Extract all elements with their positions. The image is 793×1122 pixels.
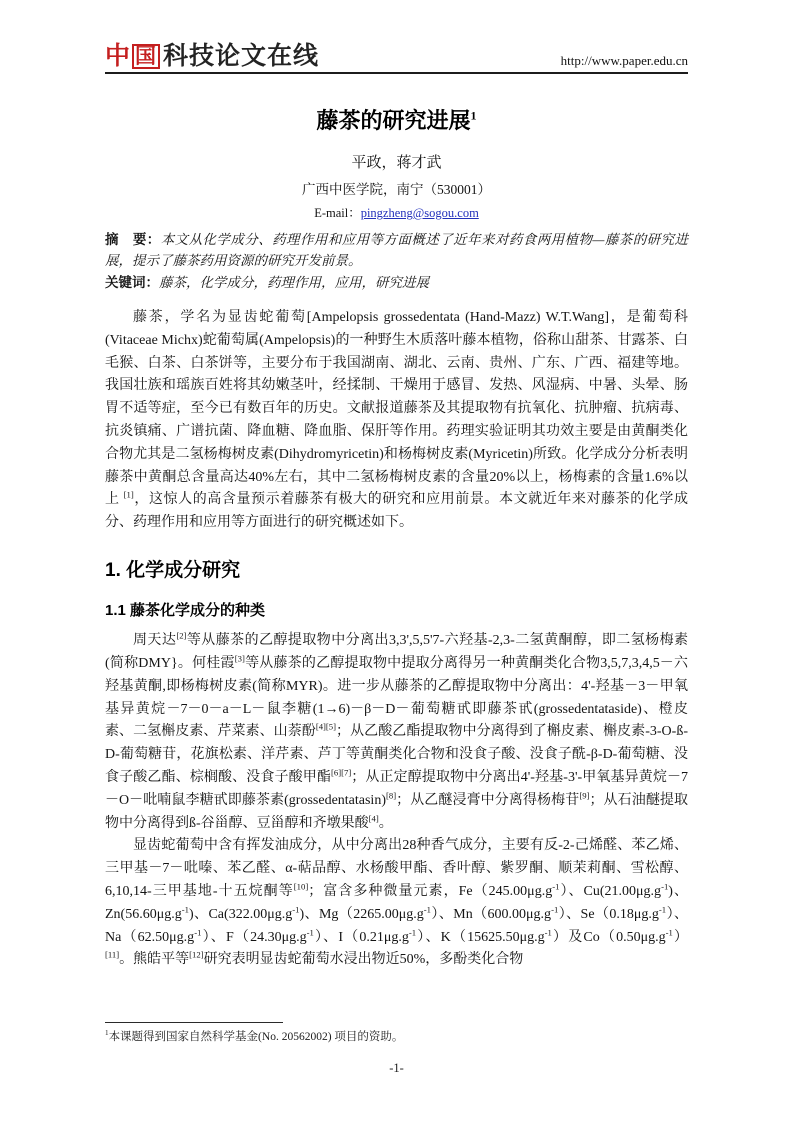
footnote-text: 本课题得到国家自然科学基金(No. 20562002) 项目的资助。 bbox=[109, 1031, 404, 1043]
email-line: E-mail：pingzheng@sogou.com bbox=[105, 203, 688, 221]
funding-footnote: 1本课题得到国家自然科学基金(No. 20562002) 项目的资助。 bbox=[105, 1028, 688, 1044]
abstract-label: 摘 要： bbox=[105, 232, 161, 247]
title-footnote-mark: 1 bbox=[471, 109, 477, 123]
subsection-heading-component-types: 1.1 藤茶化学成分的种类 bbox=[105, 599, 688, 620]
abstract-text: 本文从化学成分、药理作用和应用等方面概述了近年来对药食两用植物—藤茶的研究进展，… bbox=[105, 232, 688, 268]
keywords-text: 藤茶，化学成分，药理作用，应用，研究进展 bbox=[159, 275, 429, 290]
header-row: 中 国 科技论文在线 http://www.paper.edu.cn bbox=[105, 44, 688, 74]
keywords-label: 关键词： bbox=[105, 275, 159, 290]
affiliation-line: 广西中医学院，南宁（530001） bbox=[105, 178, 688, 198]
site-url-link[interactable]: http://www.paper.edu.cn bbox=[561, 54, 688, 69]
logo-site-name-text: 科技论文在线 bbox=[163, 44, 319, 69]
footnote-divider bbox=[105, 1022, 283, 1023]
email-link[interactable]: pingzheng@sogou.com bbox=[361, 206, 479, 220]
logo-zhong-text: 中 bbox=[105, 44, 131, 69]
paper-title: 藤茶的研究进展1 bbox=[105, 104, 688, 135]
paper-title-text: 藤茶的研究进展 bbox=[316, 108, 470, 133]
paper-page: 中 国 科技论文在线 http://www.paper.edu.cn 藤茶的研究… bbox=[0, 0, 793, 1122]
page-header: 中 国 科技论文在线 http://www.paper.edu.cn bbox=[105, 44, 688, 74]
abstract-block: 摘 要：本文从化学成分、药理作用和应用等方面概述了近年来对药食两用植物—藤茶的研… bbox=[105, 229, 688, 272]
keywords-block: 关键词：藤茶，化学成分，药理作用，应用，研究进展 bbox=[105, 272, 688, 293]
intro-paragraph: 藤茶，学名为显齿蛇葡萄[Ampelopsis grossedentata (Ha… bbox=[105, 307, 688, 535]
page-footer: 1本课题得到国家自然科学基金(No. 20562002) 项目的资助。 -1- bbox=[105, 1022, 688, 1076]
paragraph-component-types: 周天达[2]等从藤茶的乙醇提取物中分离出3,3',5,5'7-六羟基-2,3-二… bbox=[105, 630, 688, 835]
page-number: -1- bbox=[105, 1061, 688, 1076]
site-logo: 中 国 科技论文在线 bbox=[105, 44, 319, 69]
paragraph-volatile-elements: 显齿蛇葡萄中含有挥发油成分，从中分离出28种香气成分，主要有反-2-己烯醛、苯乙… bbox=[105, 835, 688, 972]
authors-line: 平政，蒋才武 bbox=[105, 151, 688, 172]
section-heading-chemical-components: 1. 化学成分研究 bbox=[105, 555, 688, 582]
logo-guo-boxed-text: 国 bbox=[132, 44, 160, 69]
email-label: E-mail： bbox=[314, 206, 361, 220]
